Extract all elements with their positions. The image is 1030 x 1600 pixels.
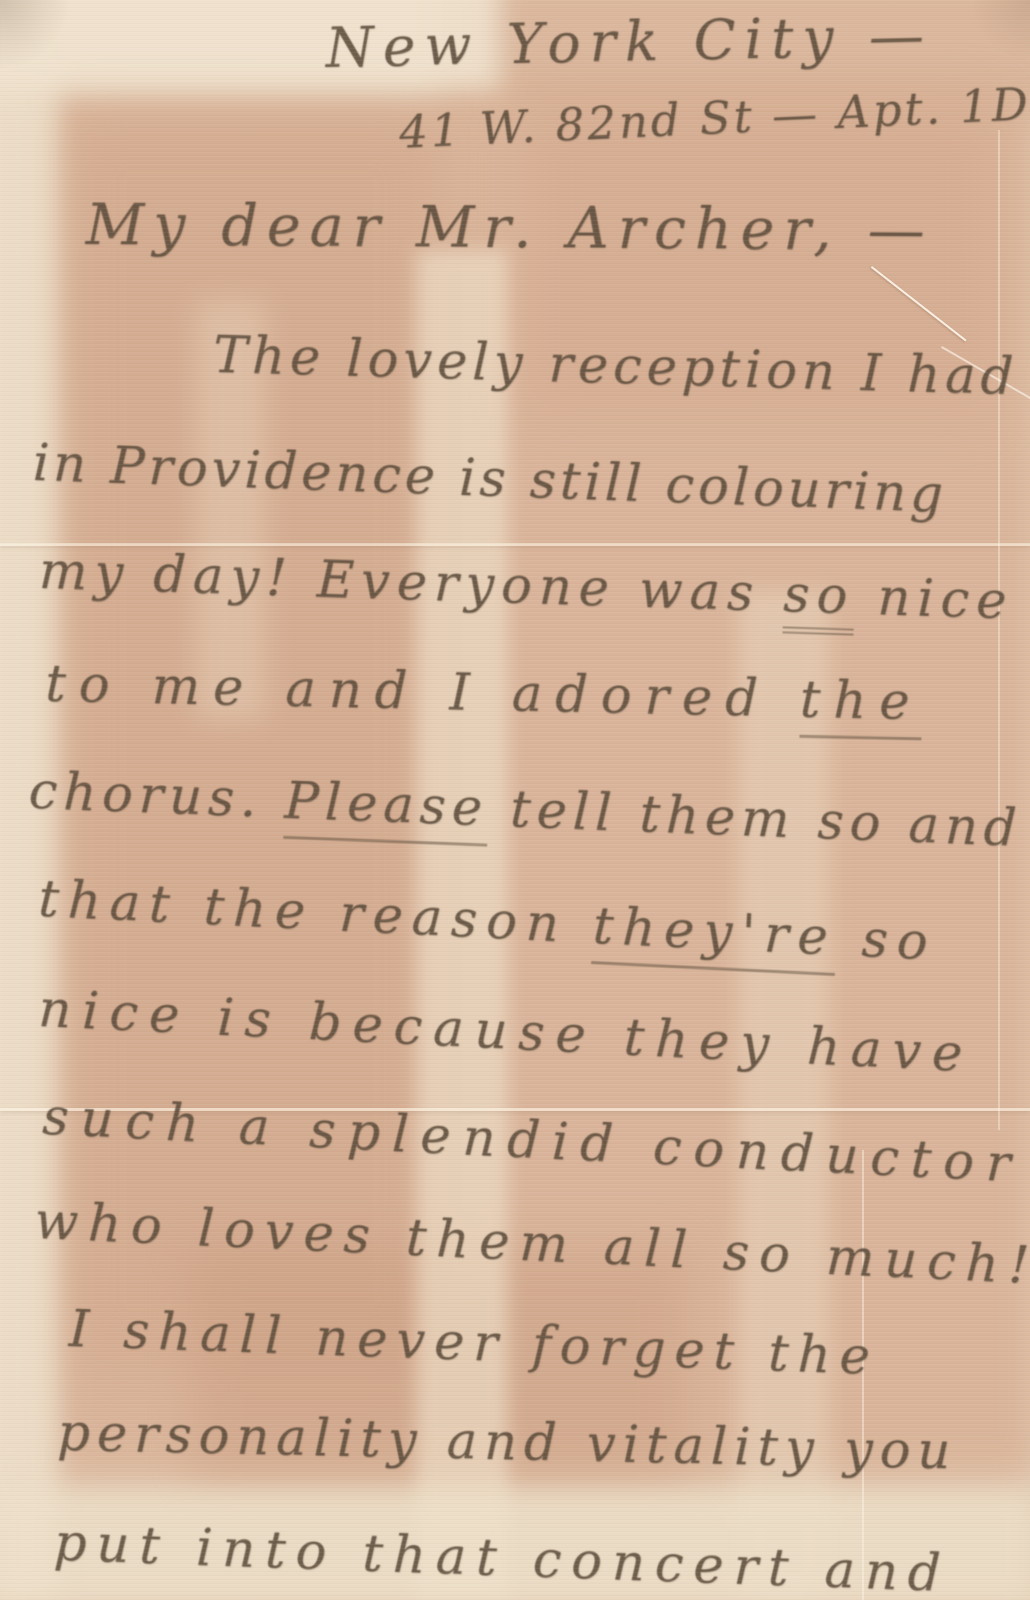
paper-tear-mark — [871, 266, 967, 341]
paper-stain-left — [60, 110, 440, 1370]
underlined-word: the — [799, 671, 923, 741]
letter-text: nice — [853, 568, 1014, 632]
letter-text: nice is because they have — [37, 980, 975, 1085]
letter-body-line: to me and I adored the — [45, 655, 923, 732]
letter-line-address: 41 W. 82nd St — Apt. 1D. — [398, 77, 1030, 159]
letter-text: chorus. — [28, 762, 286, 831]
letter-page: New York City — 41 W. 82nd St — Apt. 1D.… — [0, 0, 1030, 1600]
letter-text: The lovely reception I had — [212, 326, 1019, 407]
letter-text: in Providence is still colouring — [32, 434, 948, 525]
underlined-word: so — [782, 565, 855, 635]
letter-text: my day! Everyone was — [38, 542, 784, 624]
letter-text: New York City — — [325, 3, 934, 80]
letter-text: that the reason — [37, 870, 594, 956]
letter-body-line: The lovely reception I had — [212, 326, 1019, 407]
letter-line-city: New York City — — [325, 3, 934, 80]
letter-text: tell them so and — [487, 780, 1024, 859]
letter-text: who loves them all so much! — [33, 1192, 1030, 1297]
letter-text: put into that concert and — [53, 1514, 952, 1600]
underlined-word: Please — [283, 772, 489, 847]
letter-body-line: I shall never forget the — [68, 1300, 880, 1387]
letter-body-line: my day! Everyone was so nice — [38, 542, 1014, 632]
underlined-word: they're — [591, 897, 838, 976]
letter-body-line: such a splendid conductor — [41, 1088, 1024, 1195]
letter-text: to me and I adored — [45, 655, 801, 730]
letter-line-salutation: My dear Mr. Archer, — — [86, 192, 934, 264]
letter-text: so — [835, 909, 938, 973]
letter-text: 41 W. 82nd St — Apt. 1D. — [398, 77, 1030, 159]
letter-body-line: personality and vitality you — [57, 1404, 958, 1482]
letter-text: such a splendid conductor — [41, 1088, 1024, 1195]
letter-body-line: put into that concert and — [53, 1514, 952, 1600]
letter-body-line: chorus. Please tell them so and — [28, 762, 1024, 859]
letter-body-line: who loves them all so much! — [33, 1192, 1030, 1297]
letter-body-line: in Providence is still colouring — [32, 434, 948, 525]
letter-body-line: nice is because they have — [37, 980, 975, 1085]
letter-body-line: that the reason they're so — [37, 870, 938, 973]
letter-text: personality and vitality you — [57, 1404, 958, 1482]
letter-text: I shall never forget the — [68, 1300, 880, 1387]
letter-text: My dear Mr. Archer, — — [86, 192, 934, 264]
